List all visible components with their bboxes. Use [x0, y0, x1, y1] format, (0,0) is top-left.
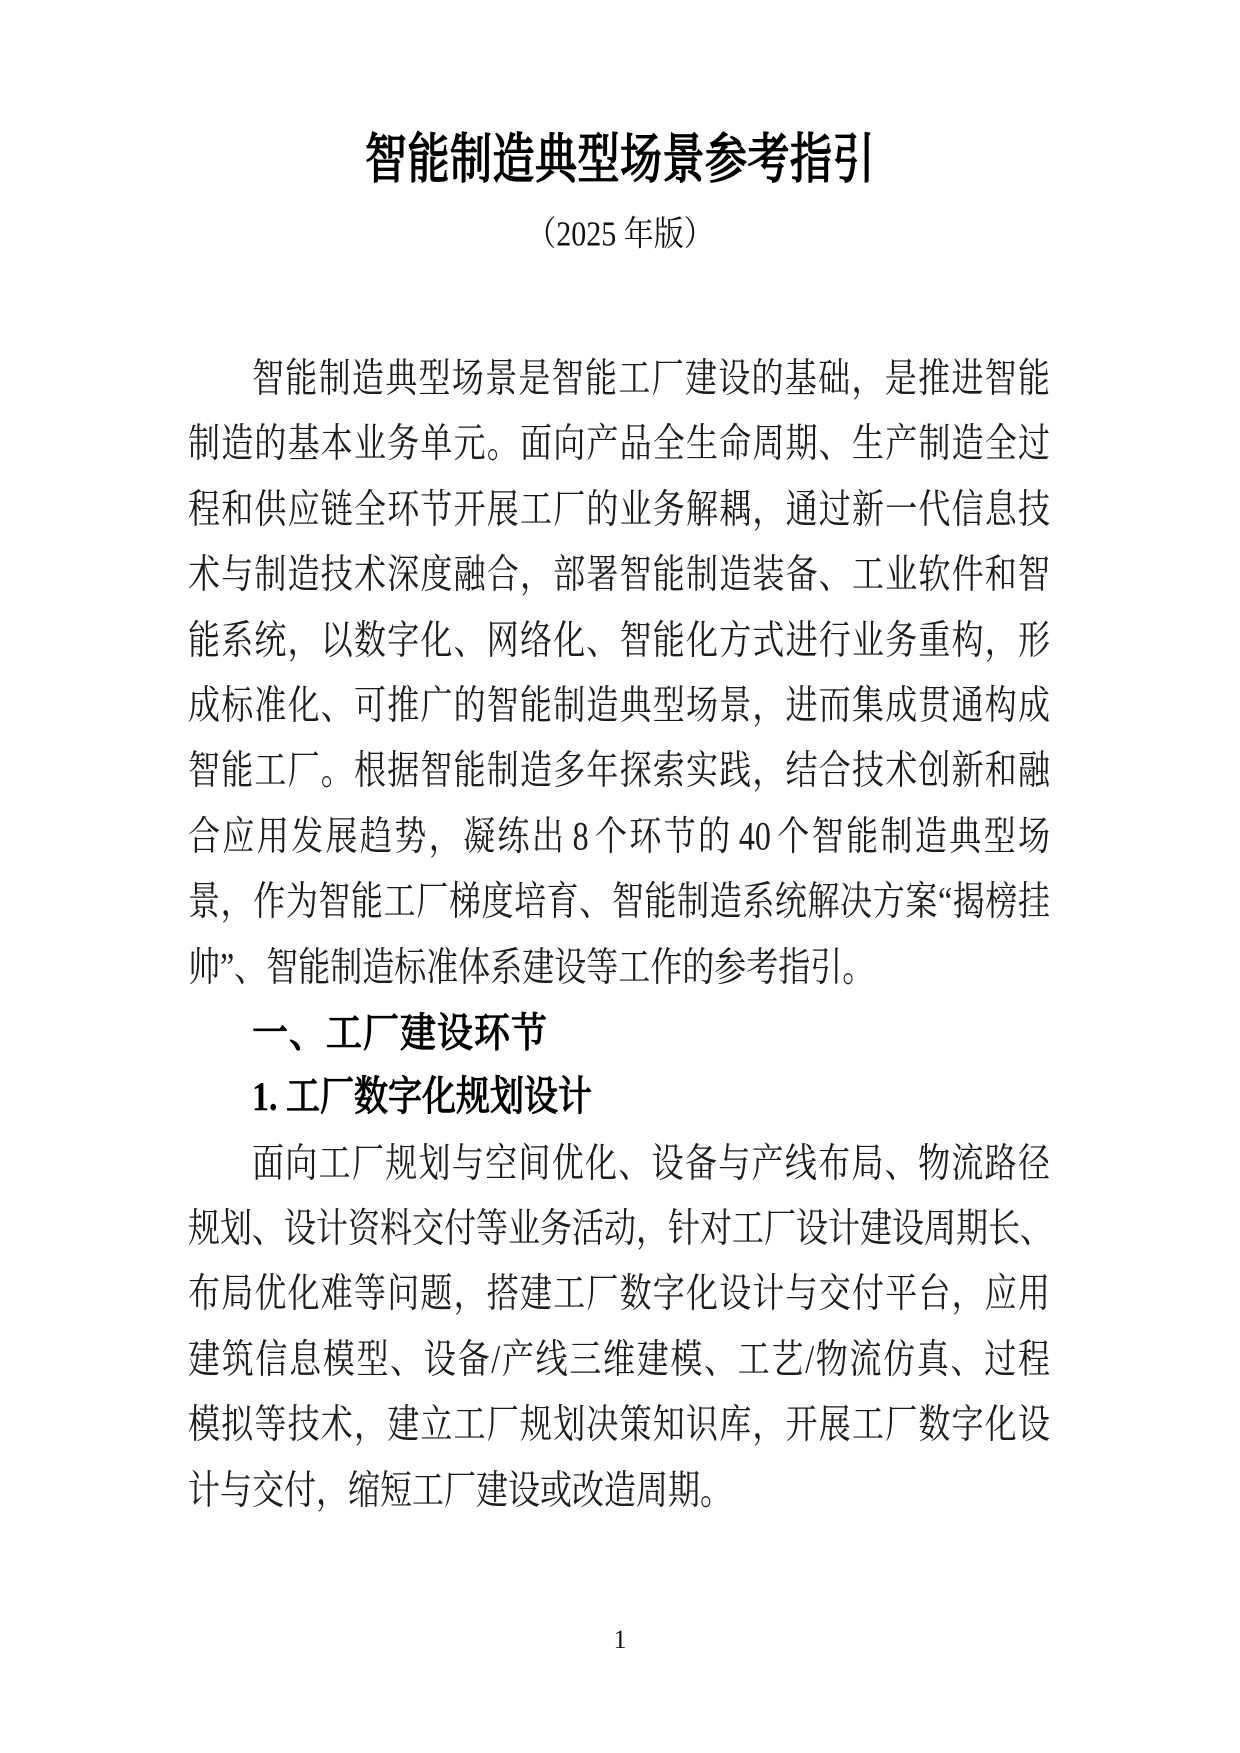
document-body: 智能制造典型场景是智能工厂建设的基础，是推进智能制造的基本业务单元。面向产品全生… [188, 346, 1050, 1523]
document-title: 智能制造典型场景参考指引 [0, 121, 1240, 200]
paragraph-line: 计与交付，缩短工厂建设或改造周期。 [188, 1449, 1050, 1531]
subsection-paragraph: 面向工厂规划与空间优化、设备与产线布局、物流路径规划、设计资料交付等业务活动，针… [188, 1131, 1050, 1523]
intro-paragraph: 智能制造典型场景是智能工厂建设的基础，是推进智能制造的基本业务单元。面向产品全生… [188, 346, 1050, 1000]
document-page: 智能制造典型场景参考指引 （2025 年版） 智能制造典型场景是智能工厂建设的基… [0, 0, 1240, 1753]
page-number: 1 [0, 1620, 1240, 1660]
document-subtitle: （2025 年版） [0, 209, 1240, 262]
